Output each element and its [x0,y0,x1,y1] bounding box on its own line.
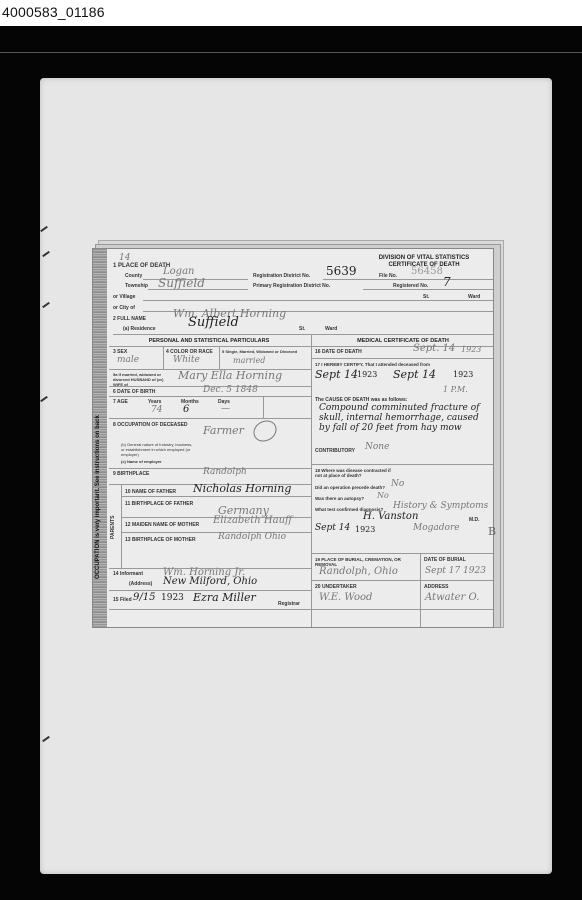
registered-no-value: 7 [443,275,451,289]
age-years: 74 [151,405,162,415]
contributory-value: None [365,442,389,452]
rule [363,289,493,290]
death-date-year: 1923 [461,345,481,354]
residence-ward-label: Ward [325,326,337,332]
marital-label: 5 Single, Married, Widowed or Divorced [222,349,297,354]
mother-value: Elizabeth Hauff [213,515,292,526]
contributory-label: CONTRIBUTORY [315,448,355,454]
edge-mark [40,226,48,232]
county-label: County [125,273,142,279]
autopsy-label: Was there an autopsy? [315,496,364,501]
spine-edge: OCCUPATION is very important. See instru… [93,249,107,627]
occupation-check-mark [250,416,281,445]
spouse-value: Mary Ella Horning [178,369,282,382]
dept-header: DIVISION OF VITAL STATISTICS [349,255,499,261]
attendance-from: Sept 14 [315,368,358,381]
occupation-sub-c: (c) Name of employer [121,459,162,464]
cause-value: Compound comminuted fracture of skull, i… [319,403,489,433]
spouse-label: 5a If married, widowed or divorced HUSBA… [113,372,173,387]
attendance-label: 17 I HEREBY CERTIFY, That I attended dec… [315,362,430,367]
physician-signature: H. Vanston [363,511,418,522]
cell-divider [219,346,220,369]
where-contracted-label: 18 Where was disease contracted if not a… [315,468,395,478]
informant-address: New Milford, Ohio [163,576,257,587]
rule [148,289,248,290]
township-label: Township [125,283,148,289]
color-value: White [173,355,200,365]
full-name-label: 2 FULL NAME [113,316,146,322]
death-date-label: 16 DATE OF DEATH [315,349,362,355]
age-months: 6 [183,404,189,415]
birth-date-value: Dec. 5 1848 [203,385,258,395]
birth-date-label: 6 DATE OF BIRTH [113,389,155,395]
physician-year: 1923 [355,525,375,534]
marital-value: married [233,356,265,365]
registrar-label: Registrar [278,601,300,607]
edge-mark [40,396,48,402]
personal-section-title: PERSONAL AND STATISTICAL PARTICULARS [109,338,309,344]
age-days: — [221,404,230,414]
sex-value: male [117,355,139,365]
rule [311,553,493,554]
attendance-time: 1 P.M. [443,385,468,394]
physician-address: Mogadore [413,523,460,533]
registrar-signature: Ezra Miller [193,591,256,604]
image-id: 4000583_01186 [2,4,105,20]
certificate-stack: OCCUPATION is very important. See instru… [92,240,502,626]
informant-label: 14 Informant [113,571,143,577]
image-header: 4000583_01186 [0,0,582,26]
rule [311,358,493,359]
village-label: or Village [113,294,135,300]
birthplace-value: Randolph [203,467,247,477]
burial-date-value: Sept 17 1923 [425,566,486,576]
primary-reg-label: Primary Registration District No. [253,283,330,289]
physician-date: Sept 14 [315,523,350,533]
township-value: Suffield [158,276,205,290]
attendance-year-to: 1923 [453,370,473,379]
margin-mark: B [488,525,496,538]
cell-divider [163,346,164,369]
attendance-year-from: 1923 [357,370,377,379]
undertaker-value: W.E. Wood [319,592,372,603]
parents-label: PARENTS [110,515,116,539]
edge-mark [42,251,50,257]
rule [113,334,493,335]
father-value: Nicholas Horning [193,482,291,495]
father-label: 10 NAME OF FATHER [125,489,176,495]
st-label: St. [423,294,429,300]
rule [109,418,311,419]
age-label: 7 AGE [113,399,128,405]
spine-text: OCCUPATION is very important. See instru… [95,415,101,579]
residence-label: (a) Residence [123,326,156,332]
scan-line [0,52,582,53]
filed-date: 9/15 [133,592,155,603]
undertaker-address-value: Atwater O. [425,592,479,603]
birthplace-label: 9 BIRTHPLACE [113,471,149,477]
operation-label: Did an operation precede death? [315,485,385,490]
filed-label: 15 Filed [113,597,132,603]
reg-district-label: Registration District No. [253,273,310,279]
rule [143,300,493,301]
rule [109,609,493,610]
death-date-value: Sept. 14 [413,343,455,354]
md-label: M.D. [469,517,480,523]
rule [311,464,493,465]
undertaker-address-label: ADDRESS [424,584,448,590]
rule [121,496,311,497]
occupation-sub-b: (b) General nature of Industry, business… [121,442,196,457]
burial-place-value: Randolph, Ohio [319,566,398,577]
sheet-number: 14 [119,253,130,263]
occupation-label: 8 OCCUPATION OF DECEASED [113,422,188,428]
cell-divider [263,396,264,418]
city-label: or City of [113,305,135,311]
residence-st-label: St. [299,326,305,332]
burial-date-label: DATE OF BURIAL [424,557,466,563]
death-certificate: OCCUPATION is very important. See instru… [92,248,494,628]
edge-mark [42,302,50,308]
rule [323,279,493,280]
mother-birthplace-label: 13 BIRTHPLACE OF MOTHER [125,537,196,543]
file-no-value: 56458 [411,266,443,277]
autopsy-value: No [377,491,389,500]
ward-label: Ward [468,294,480,300]
father-birthplace-label: 11 BIRTHPLACE OF FATHER [125,501,193,507]
rule [109,396,311,397]
edge-mark [42,736,50,742]
cell-divider [420,553,421,627]
medical-section-title: MEDICAL CERTIFICATE OF DEATH [315,338,491,344]
mother-birthplace-value: Randolph Ohio [218,532,286,542]
place-of-death-label: 1 PLACE OF DEATH [113,263,170,269]
column-divider [311,335,312,627]
mother-label: 12 MAIDEN NAME OF MOTHER [125,522,199,528]
rule [311,580,493,581]
residence-value: Suffield [188,315,239,330]
operation-value: No [391,479,404,489]
filed-year: 1923 [161,593,184,603]
occupation-value: Farmer [203,424,244,437]
attendance-to: Sept 14 [393,368,436,381]
undertaker-label: 20 UNDERTAKER [315,584,357,590]
confirm-value: History & Symptoms [393,501,488,511]
reg-district-value: 5639 [326,264,357,278]
informant-address-label: (Address) [129,581,152,587]
